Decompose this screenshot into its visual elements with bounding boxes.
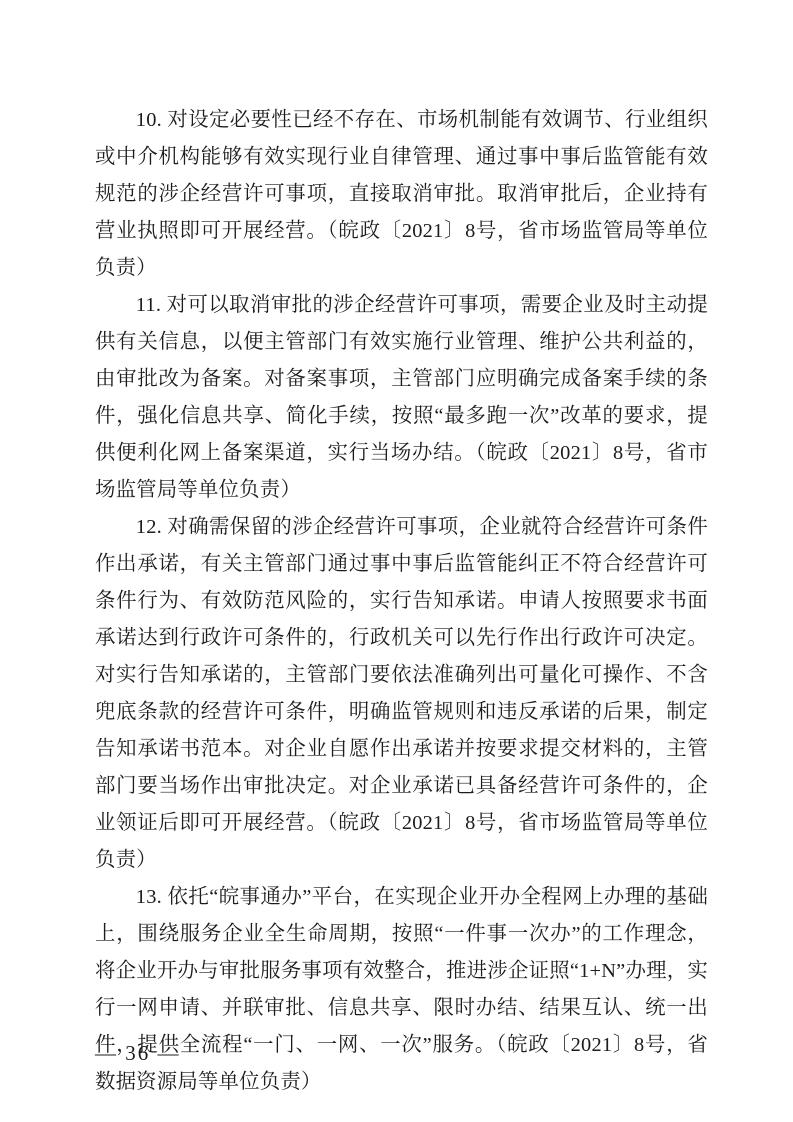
paragraph-item-11: 11. 对可以取消审批的涉企经营许可事项，需要企业及时主动提供有关信息，以便主管… <box>95 287 708 509</box>
document-page: 10. 对设定必要性已经不存在、市场机制能有效调节、行业组织或中介机构能够有效实… <box>0 0 793 1122</box>
page-footer: — 36 — <box>95 1038 708 1068</box>
paragraph-item-10: 10. 对设定必要性已经不存在、市场机制能有效调节、行业组织或中介机构能够有效实… <box>95 102 708 287</box>
document-body: 10. 对设定必要性已经不存在、市场机制能有效调节、行业组织或中介机构能够有效实… <box>95 102 708 1101</box>
page-number: — 36 — <box>95 1041 181 1065</box>
paragraph-item-12: 12. 对确需保留的涉企经营许可事项，企业就符合经营许可条件作出承诺，有关主管部… <box>95 509 708 879</box>
